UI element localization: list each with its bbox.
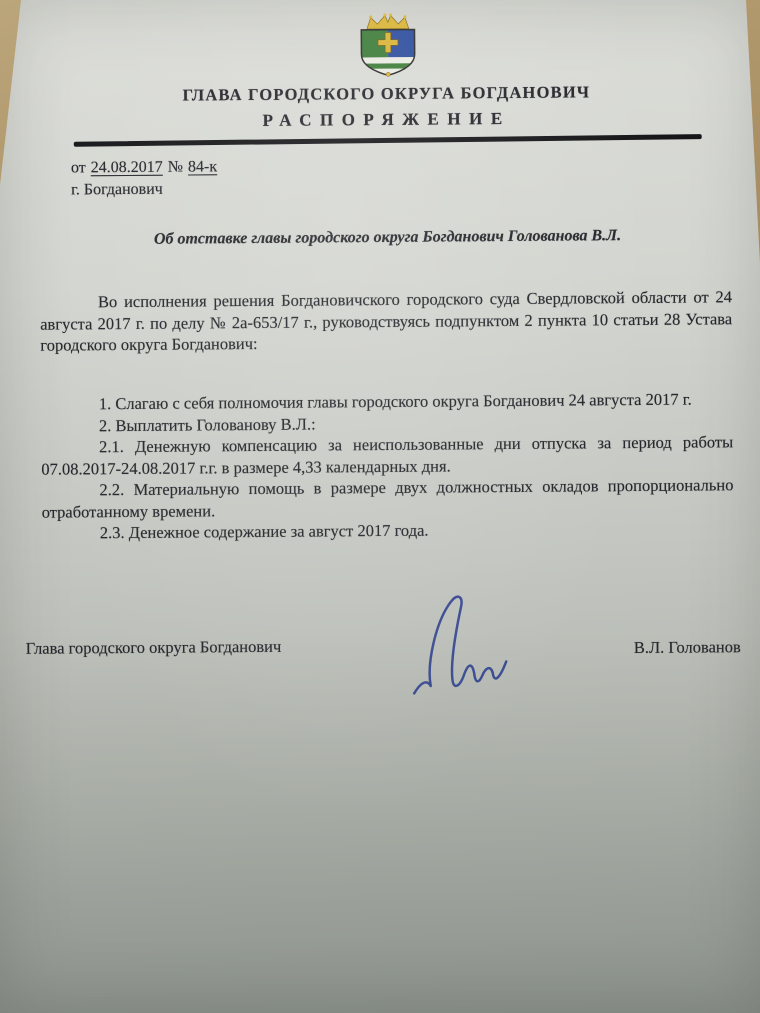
org-title: ГЛАВА ГОРОДСКОГО ОКРУГА БОГДАНОВИЧ bbox=[14, 81, 758, 107]
order-item-2-2: 2.2. Материальную помощь в размере двух … bbox=[41, 474, 733, 522]
signature-name: В.Л. Голованов bbox=[634, 637, 741, 658]
subject-line: Об отставке главы городского округа Богд… bbox=[15, 226, 759, 250]
signature-position-label: Глава городского округа Богданович bbox=[26, 637, 282, 659]
signature-autograph bbox=[404, 589, 531, 704]
document-photo: ГЛАВА ГОРОДСКОГО ОКРУГА БОГДАНОВИЧ РАСПО… bbox=[0, 0, 760, 1013]
order-items: 1. Слагаю с себя полномочия главы городс… bbox=[41, 388, 734, 544]
preamble-paragraph: Во исполнения решения Богдановичского го… bbox=[40, 286, 732, 356]
doc-type-title: РАСПОРЯЖЕНИЕ bbox=[15, 107, 759, 133]
number-sign: № bbox=[168, 159, 183, 176]
order-item-2-1: 2.1. Денежную компенсацию за неиспользов… bbox=[41, 431, 733, 479]
order-item-2-3: 2.3. Денежное содержание за август 2017 … bbox=[42, 517, 734, 544]
coat-of-arms-icon bbox=[350, 12, 427, 79]
date-number-line: от24.08.2017№84-к bbox=[71, 158, 222, 177]
city-label: г. Богданович bbox=[71, 181, 163, 200]
date-prefix: от bbox=[71, 159, 86, 176]
header-divider-line bbox=[74, 134, 702, 147]
doc-date: 24.08.2017 bbox=[91, 159, 163, 177]
doc-number: 84-к bbox=[188, 158, 217, 175]
document-content: ГЛАВА ГОРОДСКОГО ОКРУГА БОГДАНОВИЧ РАСПО… bbox=[0, 0, 760, 1013]
